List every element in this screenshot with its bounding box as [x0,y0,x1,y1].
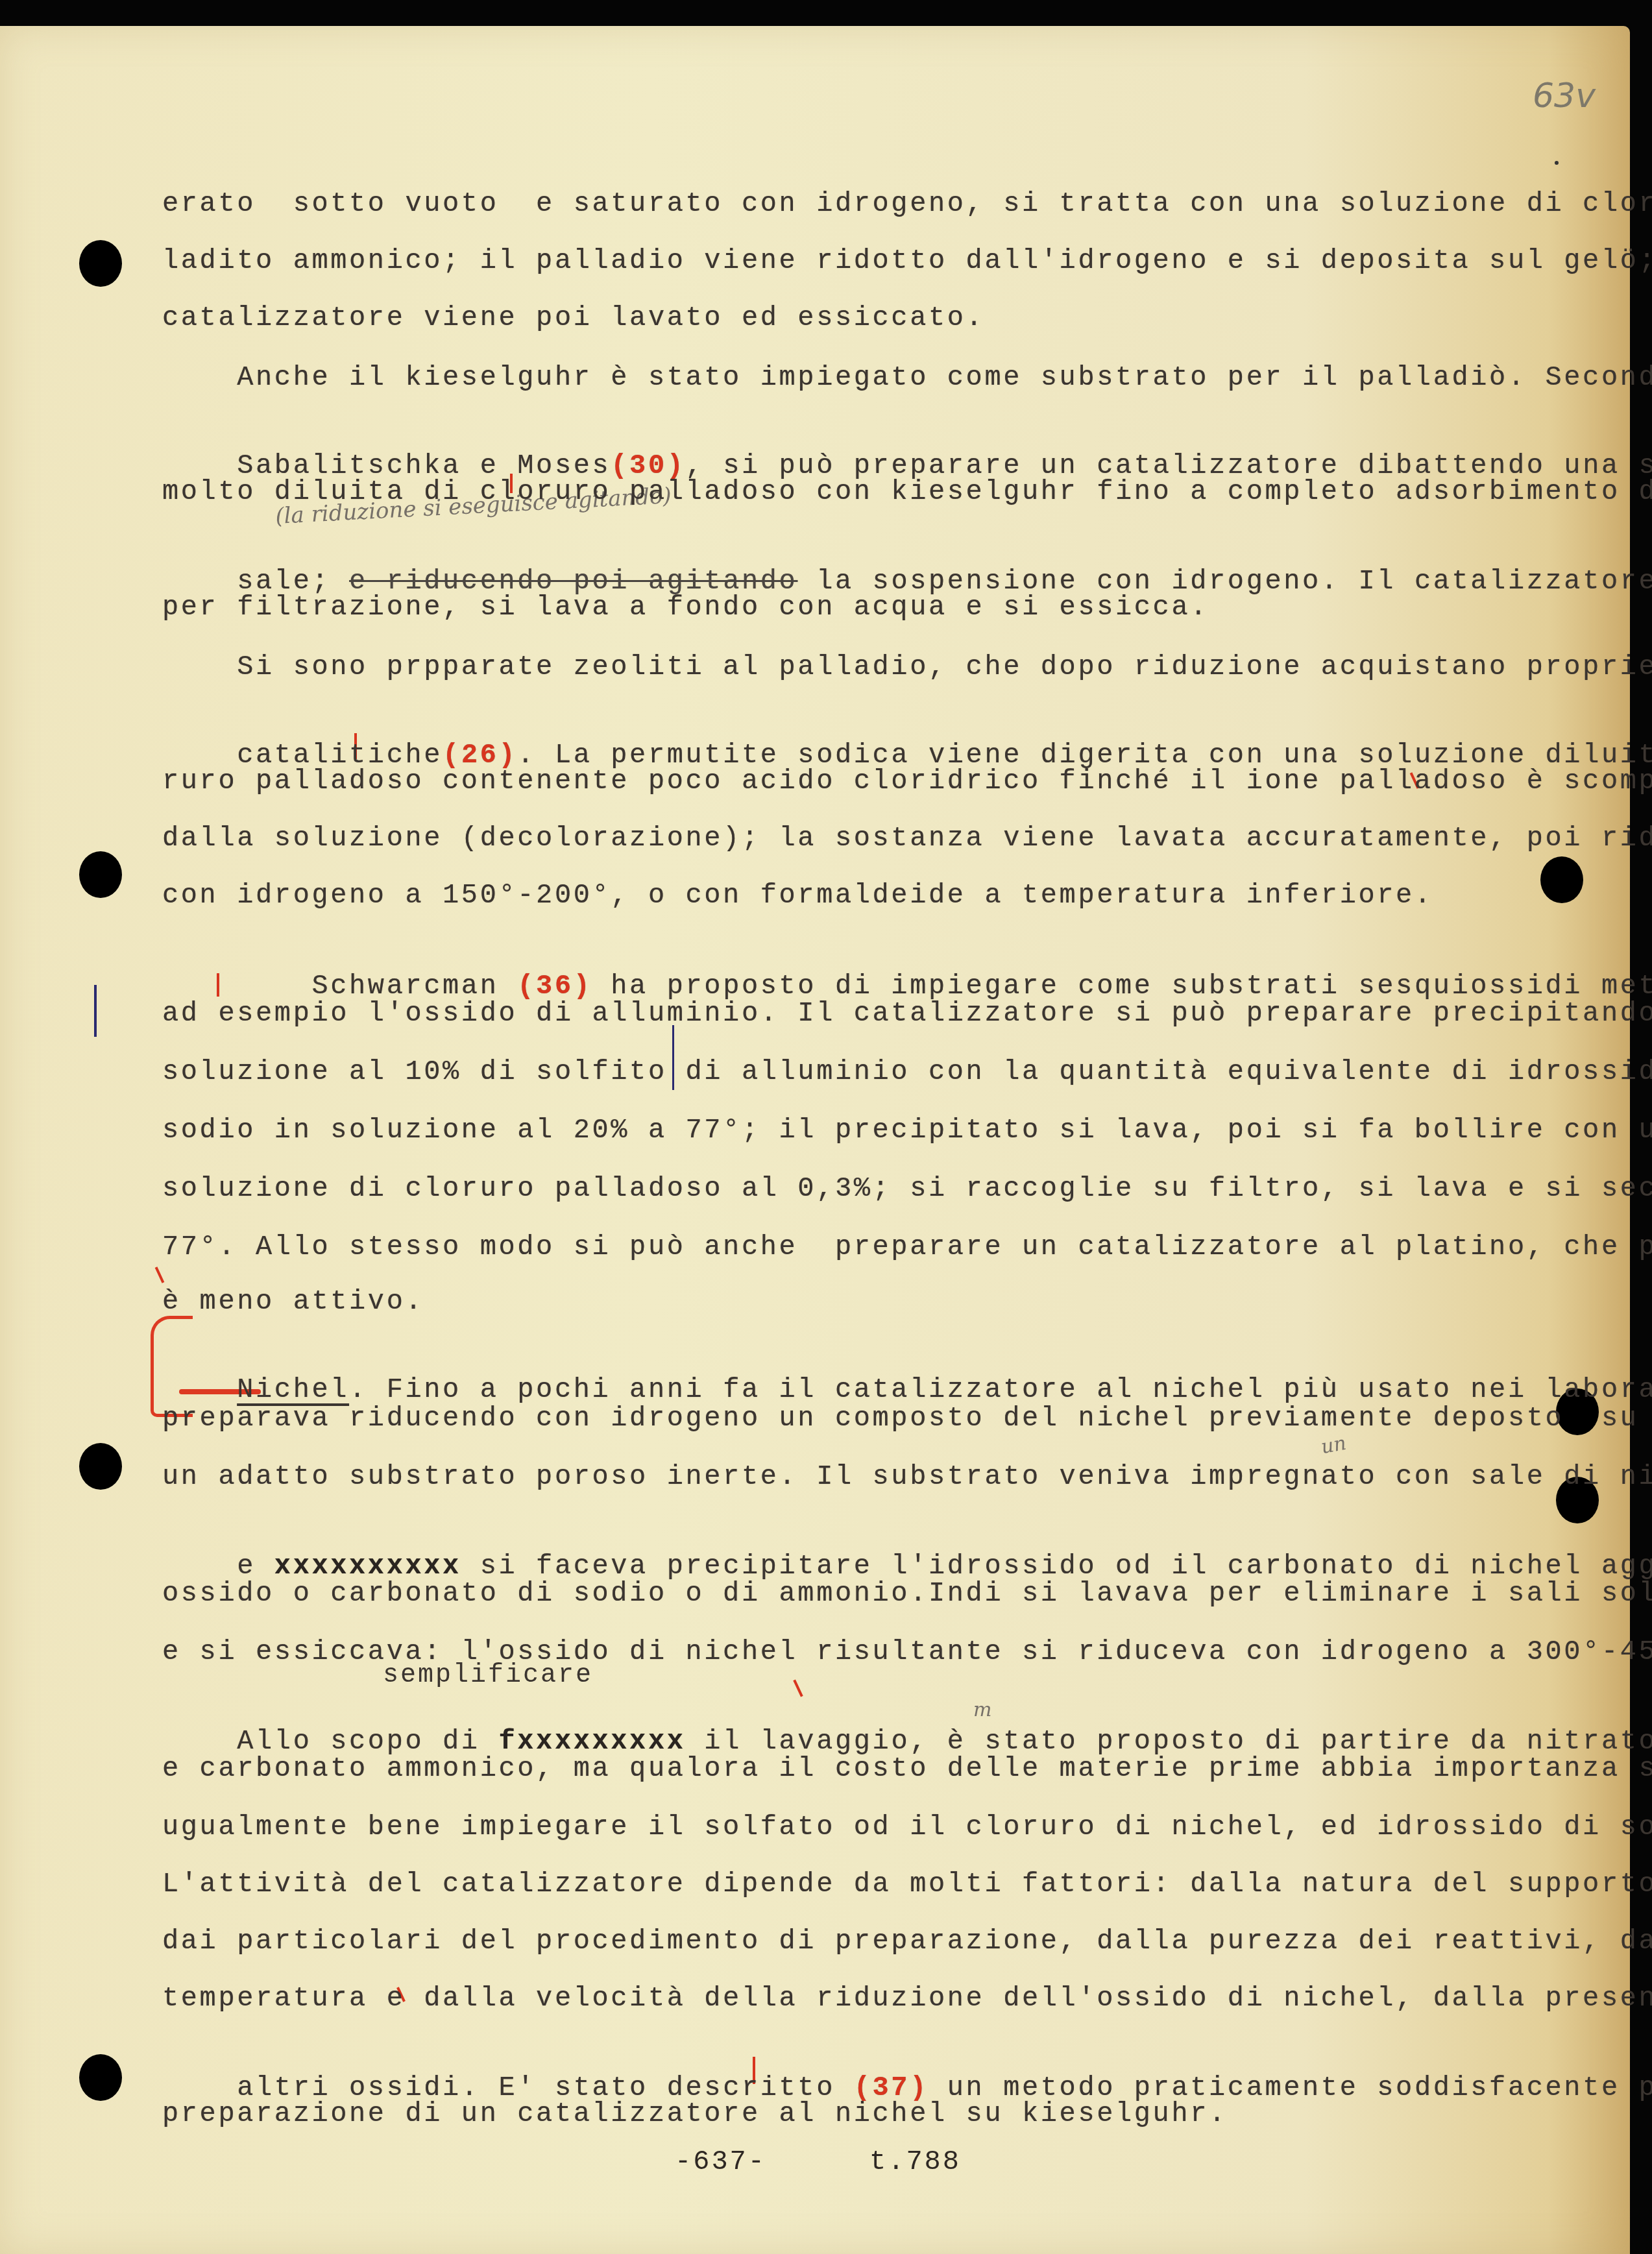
text-line: un adatto substrato poroso inerte. Il su… [162,1461,1652,1492]
text-line: temperatura e dalla velocità della riduz… [162,1983,1652,2014]
page-number: -637- [675,2146,766,2177]
punch-hole [1540,856,1583,903]
reference-number: (36) [517,971,592,1002]
text-segment: Allo scopo di [237,1726,498,1757]
text-line: soluzione al 10% di solfito di alluminio… [162,1056,1652,1087]
text-line: dai particolari del procedimento di prep… [162,1926,1652,1957]
text-segment: e [237,1551,274,1582]
volume-reference: t.788 [869,2146,961,2177]
text-line: ruro palladoso contenente poco acido clo… [162,766,1652,797]
text-line: soluzione di cloruro palladoso al 0,3%; … [162,1173,1652,1204]
punch-hole [79,851,122,898]
text-line: e si essiccava: l'ossido di nichel risul… [162,1636,1652,1667]
text-line: 77°. Allo stesso modo si può anche prepa… [162,1231,1652,1263]
text-line: erato sotto vuoto e saturato con idrogen… [162,188,1652,219]
text-segment: Schwarcman [237,971,517,1002]
typed-xout: fxxxxxxxxx [498,1726,685,1757]
handwritten-folio-number: 63v [1533,77,1596,115]
text-line: Si sono prpparate zeoliti al palladio, c… [162,651,1652,683]
text-line: preparazione di un catalizzatore al nich… [162,2098,1228,2129]
text-line: L'attività del catalizzatore dipende da … [162,1869,1652,1900]
text-line: ossido o carbonato di sodio o di ammonio… [162,1578,1652,1609]
punch-hole [79,2054,122,2101]
punch-hole [79,240,122,287]
text-line: è meno attivo. [162,1286,424,1317]
text-segment: si faceva precipitare l'idrossido od il … [461,1551,1652,1582]
text-segment: . Fino a pochi anni fa il catalizzatore … [349,1374,1652,1405]
section-heading-nichel: Nichel [237,1374,349,1405]
text-line: dalla soluzione (decolorazione); la sost… [162,823,1652,854]
typed-xout: xxxxxxxxxx [274,1551,461,1582]
text-line: catalizzatore viene poi lavato ed essicc… [162,302,984,333]
document-page: 63v (la riduzione si eseguisce agitando)… [0,26,1630,2254]
text-line: ad esempio l'ossido di alluminio. Il cat… [162,998,1652,1029]
ink-speck [1555,161,1559,165]
text-line: Anche il kieselguhr è stato impiegato co… [162,362,1652,393]
text-segment: ha proposto di impiegare come substrati … [592,971,1652,1002]
blue-margin-mark [94,985,97,1037]
text-line: ladito ammonico; il palladio viene ridot… [162,245,1652,276]
text-line: molto diluita di cloruro palladoso con k… [162,476,1652,507]
text-line: ugualmente bene impiegare il solfato od … [162,1812,1652,1843]
text-line: e carbonato ammonico, ma qualora il cost… [162,1753,1652,1784]
text-line: con idrogeno a 150°-200°, o con formalde… [162,880,1433,911]
text-segment: il lavaggio, è stato proposto di partire… [686,1726,1652,1757]
text-line: per filtrazione, si lava a fondo con acq… [162,592,1209,623]
red-accent-mark [155,1266,165,1283]
text-line: preparava riducendo con idrogeno un comp… [162,1403,1652,1434]
punch-hole [79,1443,122,1490]
text-line: sodio in soluzione al 20% a 77°; il prec… [162,1115,1652,1146]
